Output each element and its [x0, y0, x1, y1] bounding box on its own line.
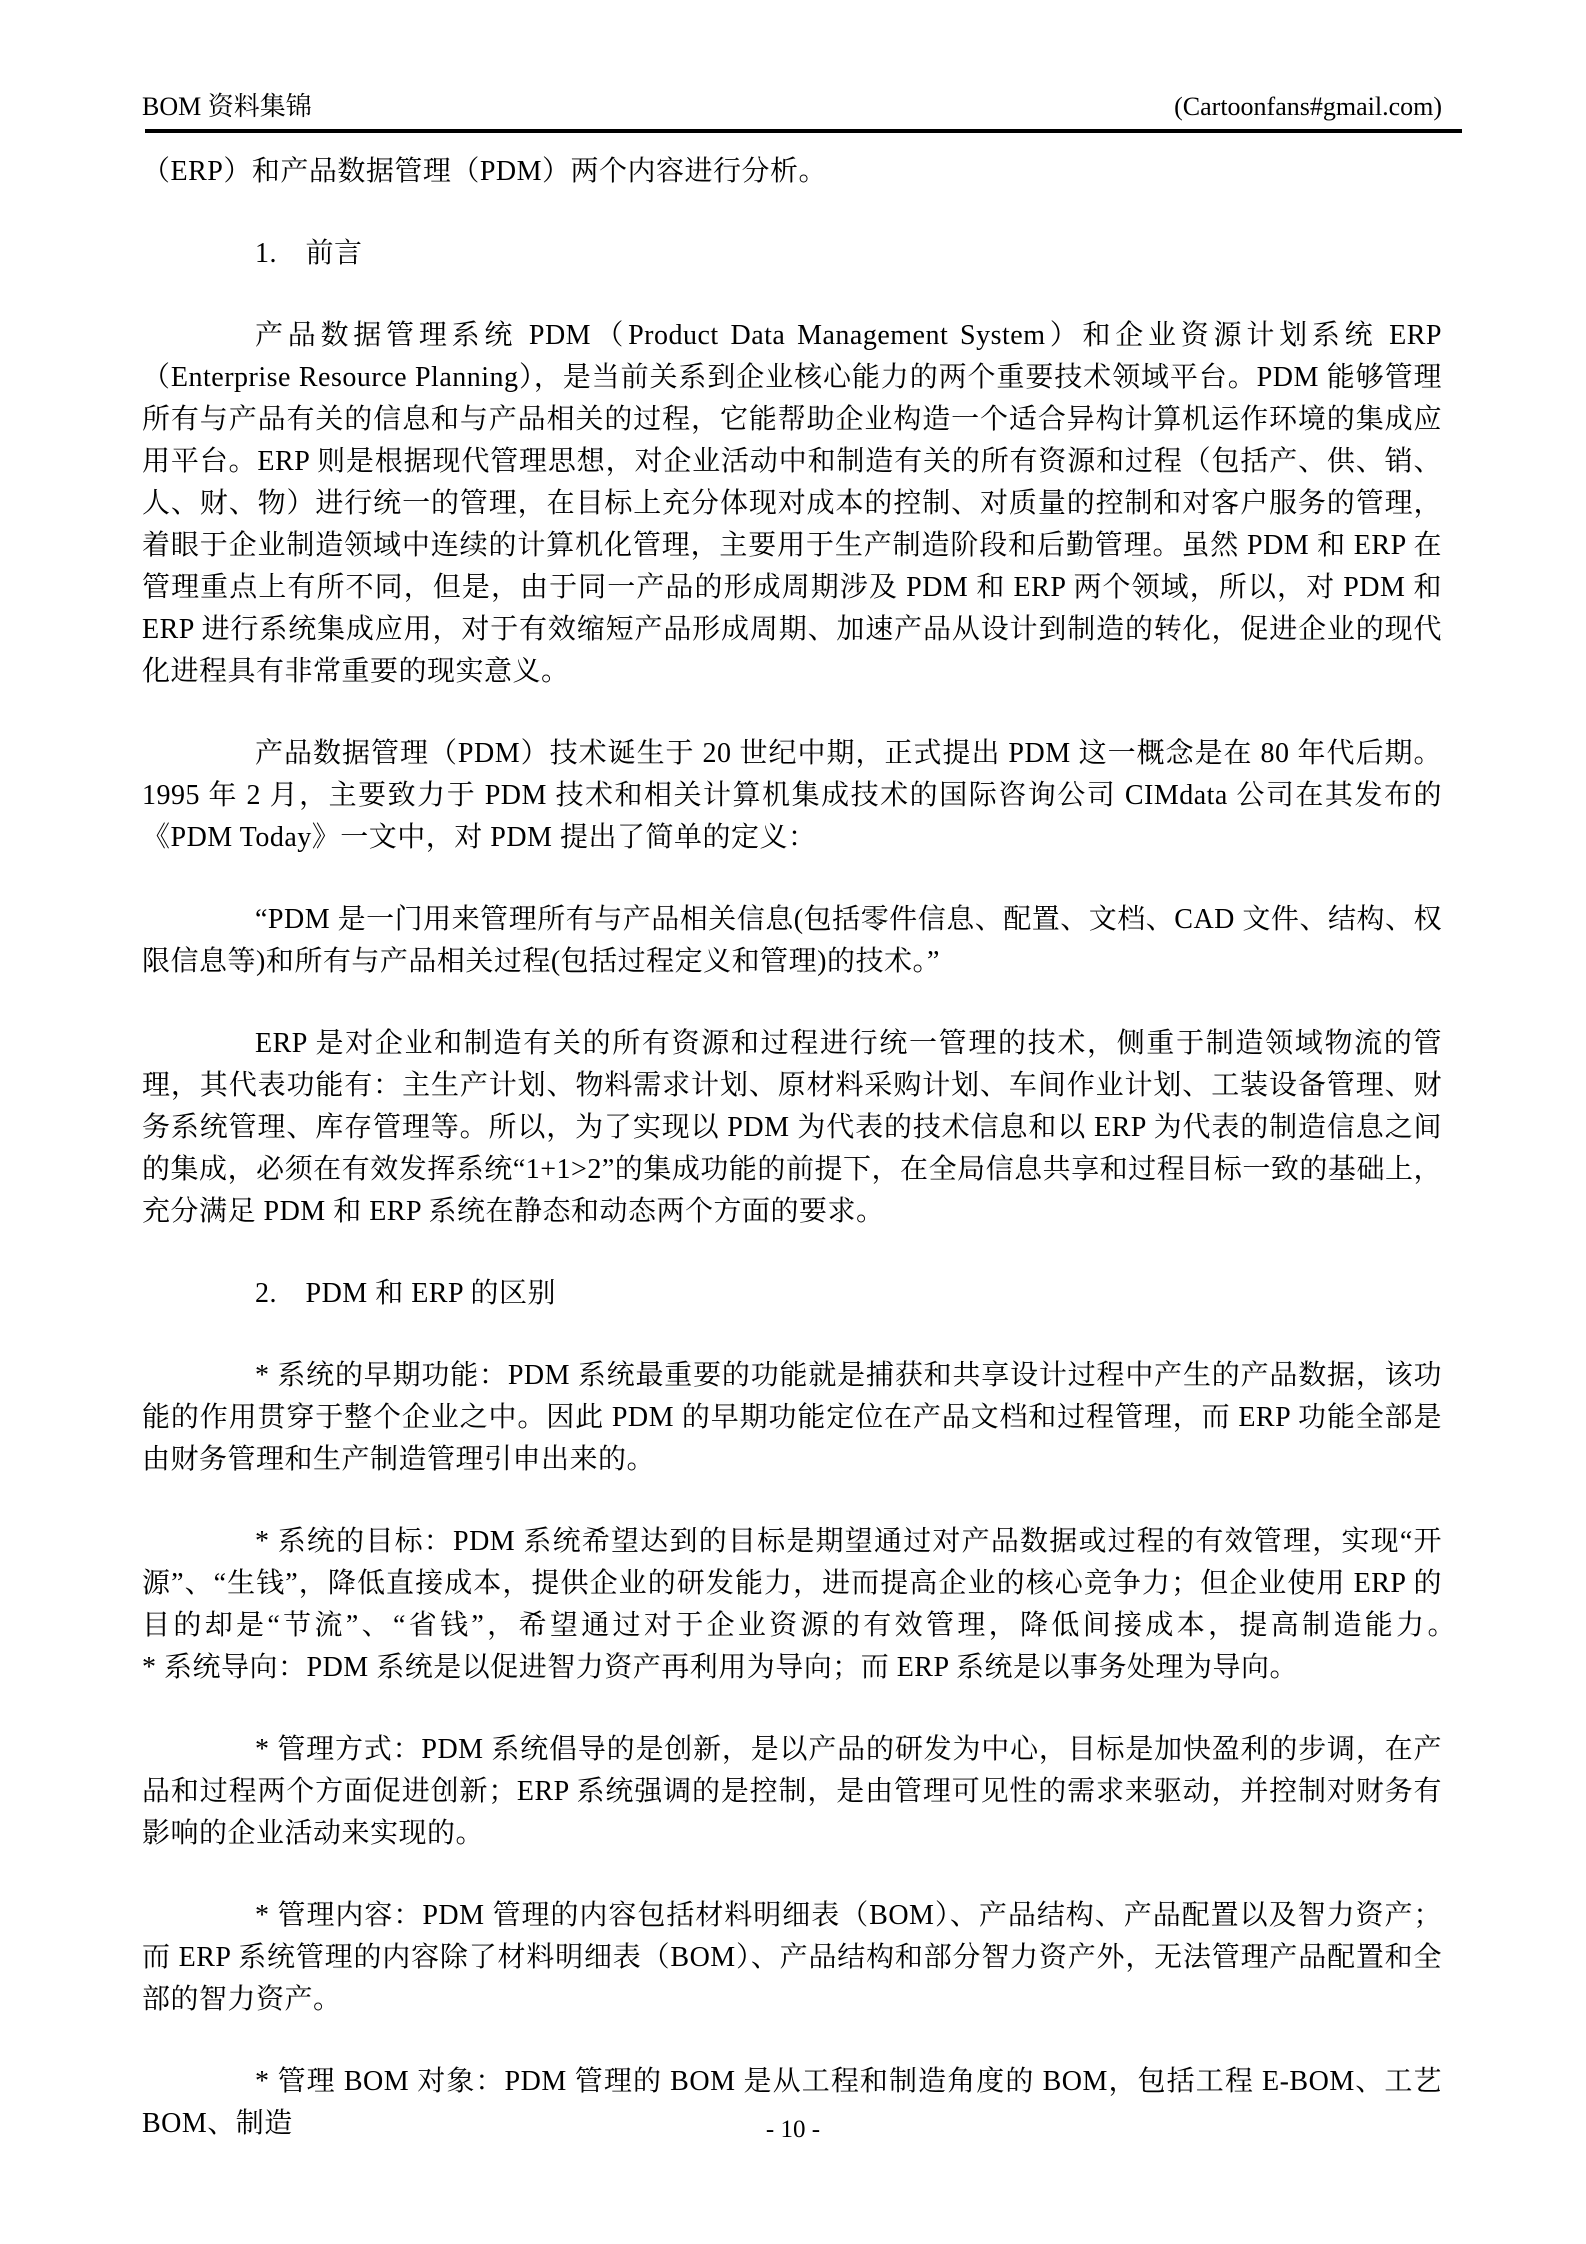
paragraph: （ERP）和产品数据管理（PDM）两个内容进行分析。 [142, 151, 1442, 193]
header-email: (Cartoonfans#gmail.com) [1174, 93, 1442, 121]
paragraph: * 系统的早期功能：PDM 系统最重要的功能就是捕获和共享设计过程中产生的产品数… [142, 1355, 1442, 1481]
paragraph: * 管理方式：PDM 系统倡导的是创新，是以产品的研发为中心，目标是加快盈利的步… [142, 1729, 1442, 1855]
paragraph: 产品数据管理系统 PDM（Product Data Management Sys… [142, 315, 1442, 693]
section-heading: 2. PDM 和 ERP 的区别 [142, 1273, 1442, 1315]
header-rule [145, 129, 1462, 133]
document-page: BOM 资料集锦 (Cartoonfans#gmail.com) （ERP）和产… [0, 0, 1586, 2244]
paragraph: ERP 是对企业和制造有关的所有资源和过程进行统一管理的技术，侧重于制造领域物流… [142, 1023, 1442, 1233]
paragraph: “PDM 是一门用来管理所有与产品相关信息(包括零件信息、配置、文档、CAD 文… [142, 899, 1442, 983]
page-header: BOM 资料集锦 (Cartoonfans#gmail.com) [142, 93, 1442, 121]
paragraph: 产品数据管理（PDM）技术诞生于 20 世纪中期，正式提出 PDM 这一概念是在… [142, 733, 1442, 859]
page-footer: - 10 - [0, 2116, 1586, 2144]
paragraph: * 系统的目标：PDM 系统希望达到的目标是期望通过对产品数据或过程的有效管理，… [142, 1521, 1442, 1689]
page-number: - 10 - [766, 2116, 820, 2143]
section-heading: 1. 前言 [142, 233, 1442, 275]
paragraph: * 管理内容：PDM 管理的内容包括材料明细表（BOM）、产品结构、产品配置以及… [142, 1895, 1442, 2021]
document-body: （ERP）和产品数据管理（PDM）两个内容进行分析。1. 前言产品数据管理系统 … [142, 151, 1442, 2145]
header-title: BOM 资料集锦 [142, 93, 312, 121]
